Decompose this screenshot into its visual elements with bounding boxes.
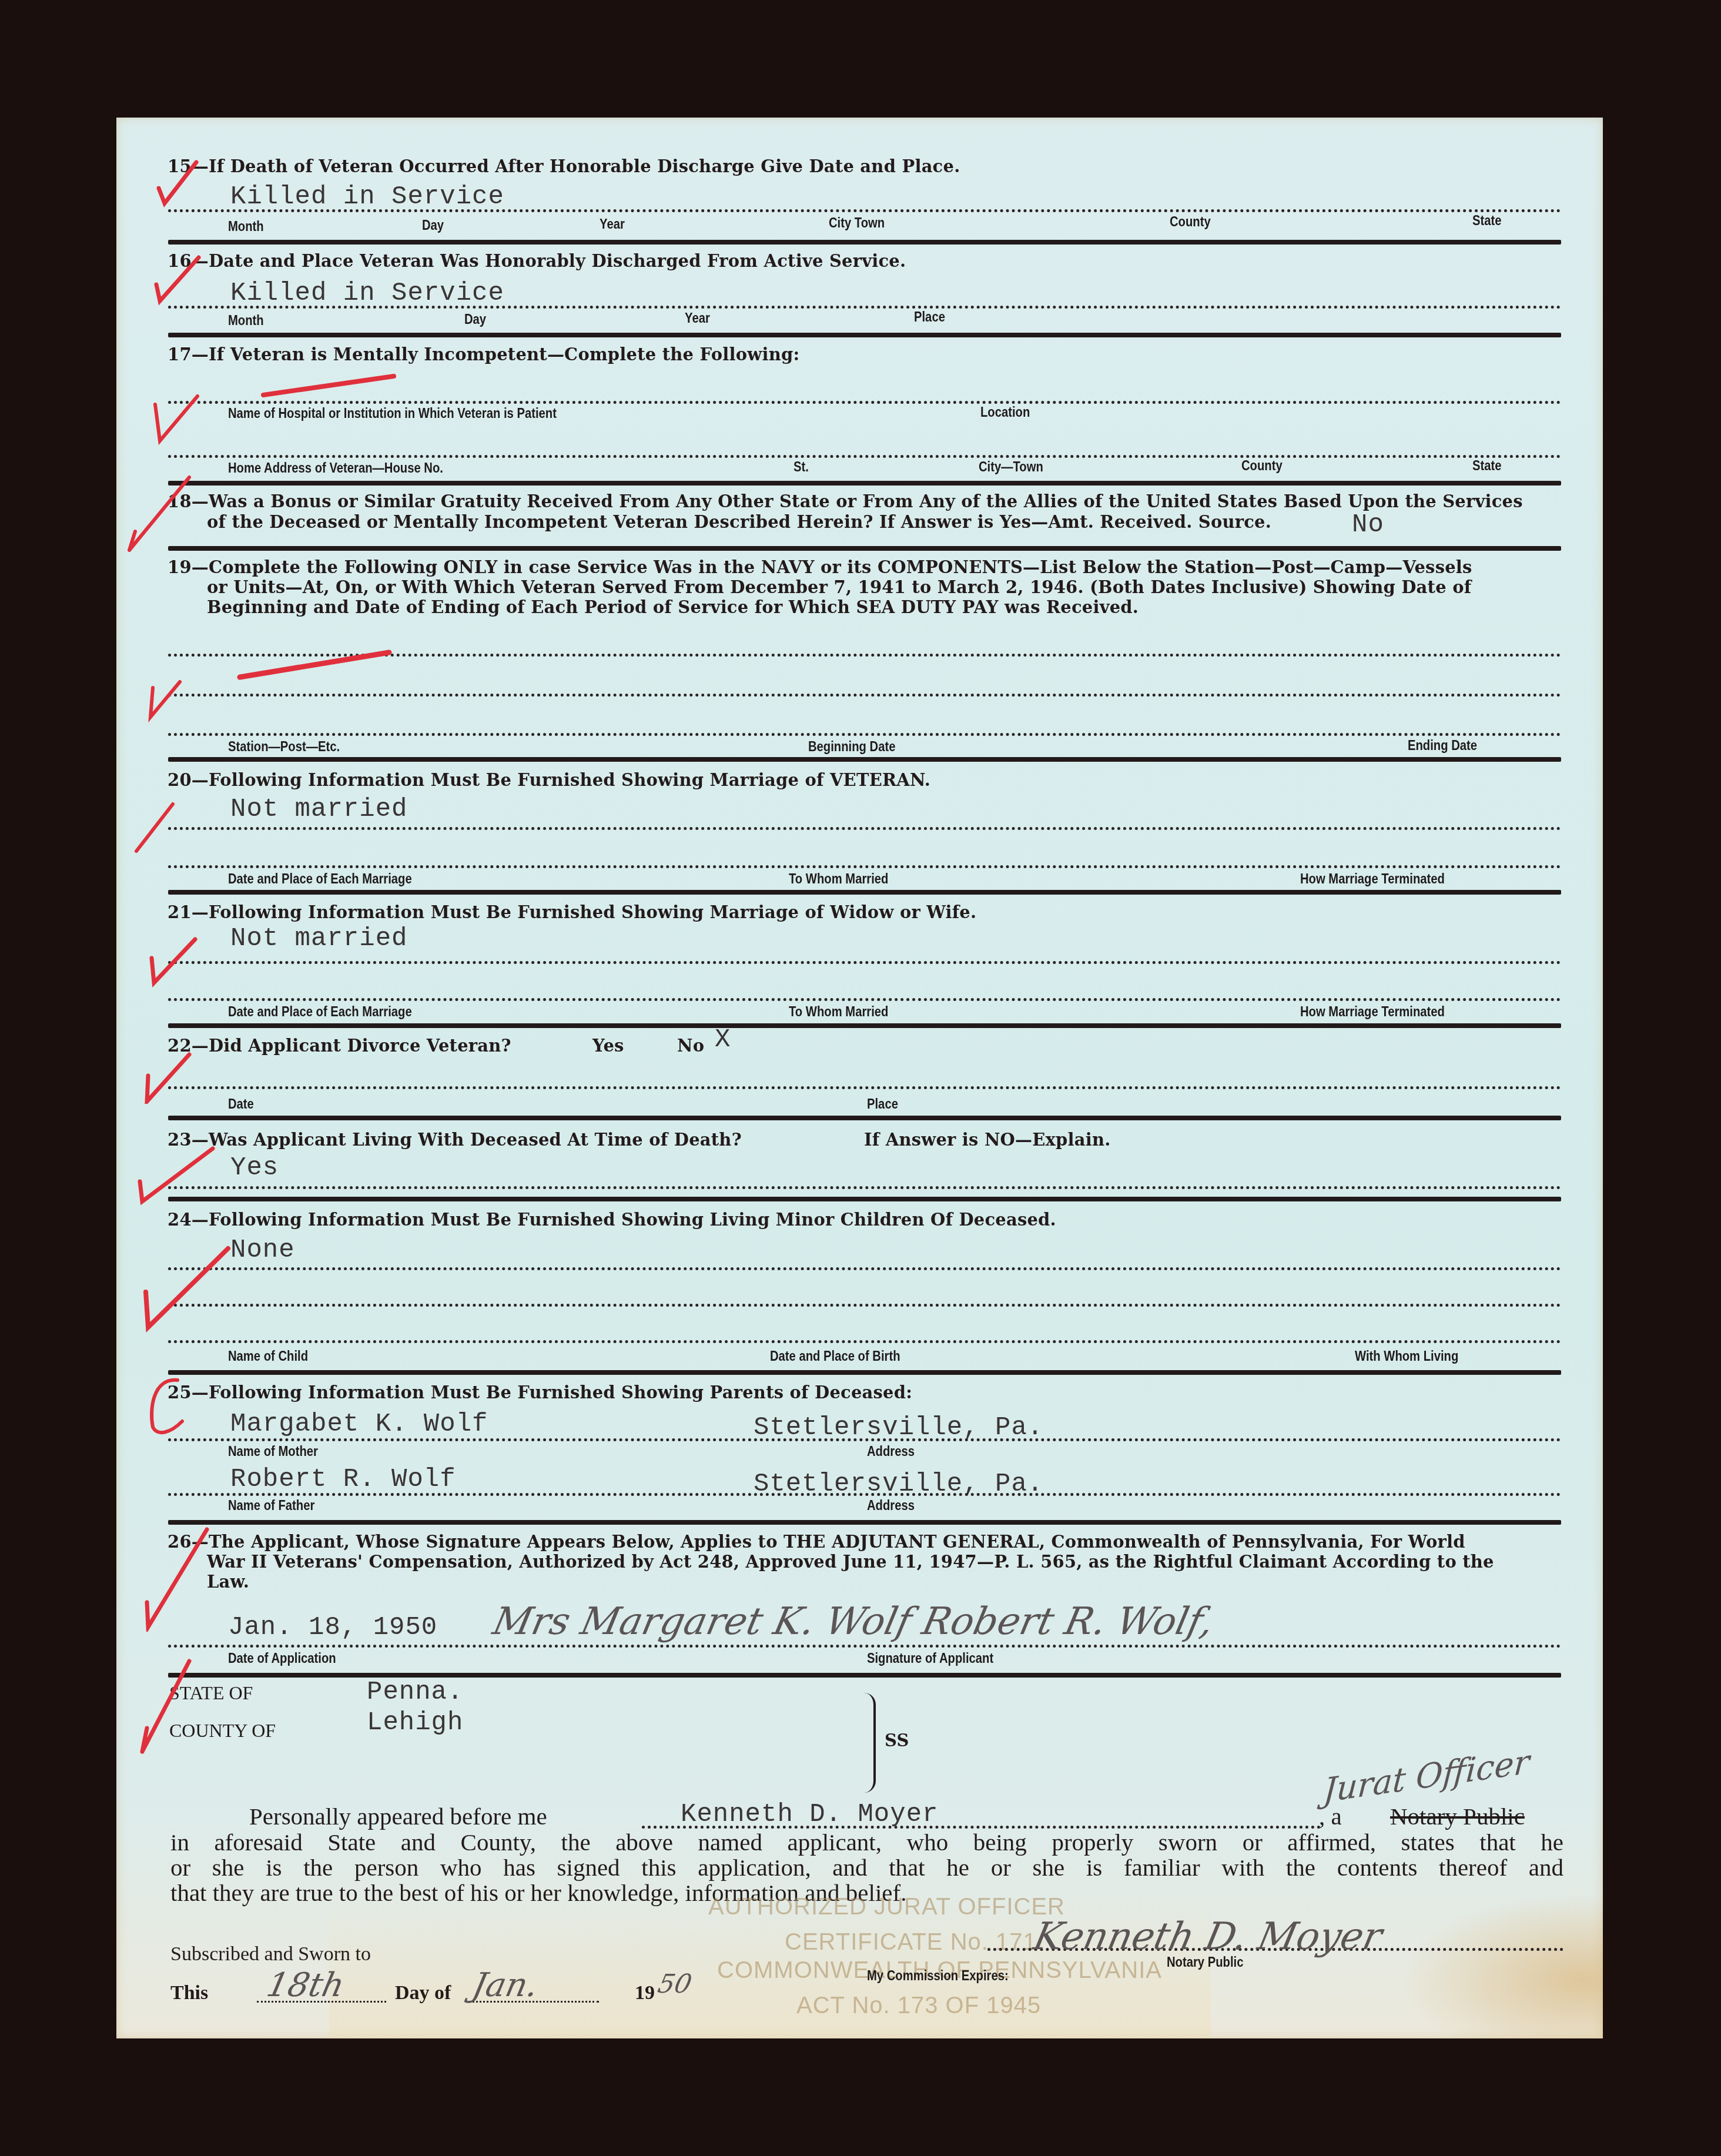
q16-label-year: Year [685, 310, 710, 326]
divider [168, 1673, 1561, 1678]
q24-label-birth: Date and Place of Birth [770, 1348, 900, 1364]
check-mark-icon [123, 475, 194, 557]
notary-signature[interactable]: Kenneth D. Moyer [1030, 1915, 1386, 1959]
q15-label-county: County [1170, 214, 1211, 230]
q19-label-station: Station—Post—Etc. [228, 739, 340, 755]
jurat-day-value[interactable]: 18th [263, 1966, 348, 2004]
jurat-month-value[interactable]: Jan. [469, 1966, 542, 2004]
paper-stain [1399, 1893, 1603, 2038]
jurat-this-label: This [170, 1982, 208, 2004]
jurat-body-line2: or she is the person who has signed this… [170, 1853, 1563, 1882]
circle-mark-icon [147, 1374, 194, 1439]
q19-label-beginning: Beginning Date [808, 739, 895, 755]
q19-line2: or Units—At, On, or With Which Veteran S… [207, 577, 1471, 597]
jurat-county-value[interactable]: Lehigh [367, 1708, 463, 1737]
q17-hospital-line[interactable] [168, 401, 1561, 404]
q22-label-place: Place [867, 1096, 898, 1112]
divider [168, 333, 1561, 337]
check-mark-icon [152, 254, 205, 307]
jurat-subscribed: Subscribed and Sworn to [170, 1943, 371, 1966]
q15-label-day: Day [422, 217, 444, 233]
check-mark-icon [140, 1051, 193, 1104]
divider [168, 546, 1561, 551]
divider [168, 1370, 1561, 1375]
q21-label-how-terminated: How Marriage Terminated [1300, 1004, 1445, 1020]
q16-heading: 16—Date and Place Veteran Was Honorably … [168, 251, 906, 271]
q20-label-how-terminated: How Marriage Terminated [1300, 871, 1445, 887]
strike-mark-icon [235, 647, 394, 682]
q19-line1: 19—Complete the Following ONLY in case S… [168, 557, 1472, 577]
q22-heading: 22—Did Applicant Divorce Veteran? [168, 1036, 511, 1056]
q24-answer[interactable]: None [230, 1236, 295, 1265]
q15-answer[interactable]: Killed in Service [230, 182, 504, 212]
q16-answer-line [168, 306, 1561, 309]
q17-heading: 17—If Veteran is Mentally Incompetent—Co… [168, 344, 799, 364]
q15-label-state: State [1472, 213, 1502, 229]
q24-heading: 24—Following Information Must Be Furnish… [168, 1210, 1056, 1230]
q24-line-b [168, 1304, 1561, 1307]
q25-label-father: Name of Father [228, 1498, 314, 1514]
q18-line1: 18—Was a Bonus or Similar Gratuity Recei… [168, 491, 1561, 511]
q15-answer-line [168, 209, 1561, 212]
divider [168, 757, 1561, 762]
q23-answer[interactable]: Yes [230, 1153, 279, 1183]
divider [168, 240, 1561, 245]
q26-applicant-signature[interactable]: Mrs Margaret K. Wolf Robert R. Wolf, [489, 1600, 1217, 1643]
q24-line-c [168, 1340, 1561, 1343]
check-mark-icon [147, 935, 200, 987]
q20-line-a [168, 827, 1561, 830]
q22-no-label[interactable]: No [677, 1036, 704, 1056]
jurat-notary-struck: Notary Public [1390, 1802, 1525, 1830]
q20-label-date-place: Date and Place of Each Marriage [228, 871, 412, 887]
q20-line-b [168, 865, 1561, 868]
q21-line-a [168, 961, 1561, 964]
jurat-state-value[interactable]: Penna. [367, 1678, 463, 1707]
jurat-ss: SS [885, 1730, 909, 1750]
q25-father-name[interactable]: Robert R. Wolf [230, 1465, 456, 1494]
q25-label-mother: Name of Mother [228, 1444, 318, 1459]
jurat-appeared-prefix: Personally appeared before me [249, 1802, 547, 1830]
q19-label-ending: Ending Date [1408, 738, 1477, 754]
divider [168, 890, 1561, 895]
strike-mark-icon [259, 370, 400, 400]
q21-heading: 21—Following Information Must Be Furnish… [168, 902, 976, 922]
jurat-body-line1: in aforesaid State and County, the above… [170, 1828, 1563, 1856]
q20-heading: 20—Following Information Must Be Furnish… [168, 770, 930, 790]
check-mark-icon [141, 1526, 212, 1632]
q17-label-location: Location [980, 404, 1030, 420]
divider [168, 1520, 1561, 1525]
check-mark-icon [135, 1658, 194, 1763]
divider [168, 481, 1561, 486]
check-mark-icon [133, 801, 186, 853]
q24-line-a [168, 1267, 1561, 1270]
q15-heading: 15—If Death of Veteran Occurred After Ho… [168, 156, 960, 176]
q21-label-to-whom: To Whom Married [789, 1004, 888, 1020]
check-mark-icon [154, 158, 207, 210]
q17-label-hospital: Name of Hospital or Institution in Which… [228, 406, 557, 421]
jurat-stamp-line2: CERTIFICATE No. 171 [785, 1929, 1037, 1956]
q25-label-mother-address: Address [867, 1444, 915, 1459]
q20-answer[interactable]: Not married [230, 795, 407, 824]
q24-label-with-whom: With Whom Living [1355, 1348, 1458, 1364]
check-mark-icon [152, 393, 205, 446]
q26-line1: 26—The Applicant, Whose Signature Appear… [168, 1532, 1465, 1552]
q22-line [168, 1086, 1561, 1089]
q15-label-city-town: City Town [829, 215, 885, 231]
q15-label-month: Month [228, 219, 264, 235]
q26-label-date: Date of Application [228, 1651, 336, 1666]
q17-label-st: St. [793, 459, 809, 475]
q22-yes-label[interactable]: Yes [592, 1036, 624, 1056]
q17-label-state: State [1472, 458, 1502, 474]
divider [168, 1023, 1561, 1028]
q19-line3: Beginning and Date of Ending of Each Per… [207, 597, 1139, 617]
q25-label-father-address: Address [867, 1498, 915, 1514]
q18-line2: of the Deceased or Mentally Incompetent … [207, 512, 1271, 532]
q21-line-b [168, 998, 1561, 1001]
q23-explain: If Answer is NO—Explain. [864, 1130, 1111, 1150]
jurat-day-of-label: Day of [395, 1982, 451, 2004]
q21-label-date-place: Date and Place of Each Marriage [228, 1004, 412, 1020]
q17-label-county: County [1241, 458, 1283, 474]
q16-label-place: Place [914, 309, 945, 325]
q23-heading: 23—Was Applicant Living With Deceased At… [168, 1130, 742, 1150]
q26-label-signature: Signature of Applicant [867, 1651, 993, 1666]
q23-line [168, 1186, 1561, 1189]
q26-line [168, 1645, 1561, 1648]
q26-line3: Law. [207, 1572, 249, 1592]
q17-label-city-town: City—Town [979, 459, 1043, 475]
q16-answer[interactable]: Killed in Service [230, 279, 504, 308]
q25-father-line [168, 1493, 1561, 1496]
q16-label-month: Month [228, 313, 264, 329]
q22-label-date: Date [228, 1096, 254, 1112]
commission-expires-label: My Commission Expires: [867, 1968, 1009, 1984]
q25-mother-line [168, 1438, 1561, 1441]
q25-mother-name[interactable]: Margabet K. Wolf [230, 1410, 488, 1439]
q18-answer[interactable]: No [1352, 510, 1384, 540]
q16-label-day: Day [464, 312, 486, 327]
jurat-stamp-line1: AUTHORIZED JURAT OFFICER [708, 1894, 1065, 1920]
q17-label-house-no: Home Address of Veteran—House No. [228, 460, 443, 476]
jurat-officer-name[interactable]: Kenneth D. Moyer [681, 1800, 938, 1829]
q17-address-line[interactable] [168, 455, 1561, 458]
q21-answer[interactable]: Not married [230, 924, 407, 953]
q26-date-of-application[interactable]: Jan. 18, 1950 [228, 1613, 437, 1642]
q20-label-to-whom: To Whom Married [789, 871, 888, 887]
q19-line-b[interactable] [168, 694, 1561, 697]
q25-heading: 25—Following Information Must Be Furnish… [168, 1382, 912, 1402]
divider [168, 1197, 1561, 1201]
check-mark-icon [145, 670, 197, 723]
jurat-year-prefix: 19 [635, 1982, 655, 2004]
q19-line-c[interactable] [168, 733, 1561, 736]
jurat-year-value[interactable]: 50 [655, 1969, 695, 1999]
check-mark-icon [135, 1146, 217, 1205]
notary-public-label: Notary Public [1167, 1954, 1243, 1970]
check-mark-icon [140, 1245, 234, 1333]
q15-label-year: Year [600, 216, 625, 232]
divider [168, 1116, 1561, 1120]
jurat-brace [864, 1693, 876, 1793]
q26-line2: War II Veterans' Compensation, Authorize… [207, 1552, 1494, 1572]
jurat-stamp-line4: ACT No. 173 OF 1945 [796, 1993, 1041, 2019]
q24-label-child: Name of Child [228, 1348, 308, 1364]
q22-no-mark[interactable]: X [715, 1025, 731, 1054]
